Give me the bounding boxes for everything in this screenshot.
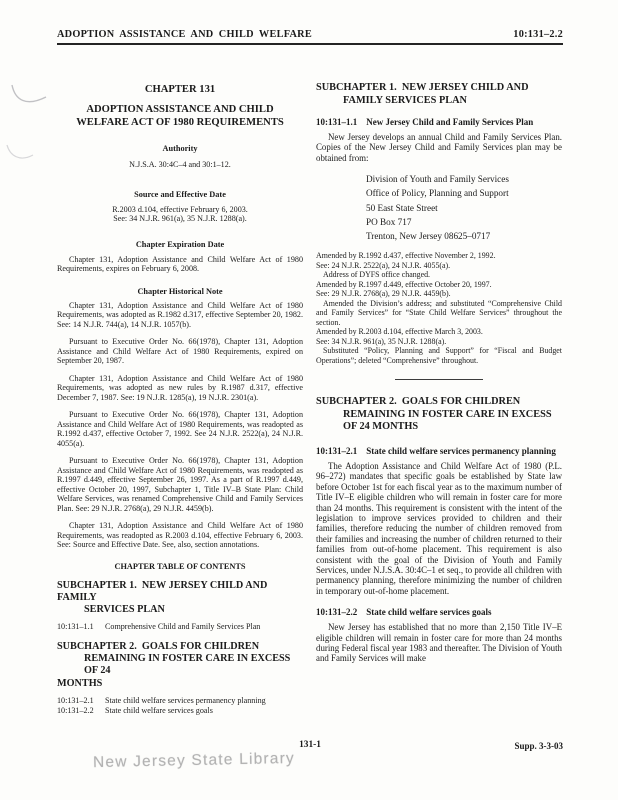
subchapter-2-heading: SUBCHAPTER 2. GOALS FOR CHILDREN REMAINI… [316,396,562,434]
address-block: Division of Youth and Family Services Of… [316,172,562,243]
historical-paragraph: Chapter 131, Adoption Assistance and Chi… [57,301,303,330]
subchapter-1-heading: SUBCHAPTER 1. NEW JERSEY CHILD AND FAMIL… [316,82,562,107]
two-column-body: CHAPTER 131 ADOPTION ASSISTANCE AND CHIL… [57,80,563,716]
header-rule [57,43,563,45]
toc-entry-number: 10:131–2.2 [57,706,105,716]
margin-pen-mark [3,139,37,169]
toc-heading: CHAPTER TABLE OF CONTENTS [57,562,303,571]
section-number: 10:131–1.1 [316,117,357,127]
section-heading-2-1: 10:131–2.1State child welfare services p… [316,446,562,457]
source-line: See: 34 N.J.R. 961(a), 35 N.J.R. 1288(a)… [57,214,303,224]
historical-paragraph: Chapter 131, Adoption Assistance and Chi… [57,521,303,550]
margin-pen-mark [6,76,50,116]
left-column: CHAPTER 131 ADOPTION ASSISTANCE AND CHIL… [57,80,303,716]
footer-supplement-date: Supp. 3-3-03 [514,741,563,751]
toc-entry: 10:131–1.1 Comprehensive Child and Famil… [57,622,303,632]
header-section-ref: 10:131–2.2 [513,29,563,40]
authority-citation: N.J.S.A. 30:4C–4 and 30:1–12. [57,160,303,170]
historical-paragraph: Pursuant to Executive Order No. 66(1978)… [57,337,303,366]
toc-entries: 10:131–2.1 State child welfare services … [57,696,303,716]
page-footer: 131-1 Supp. 3-3-03 [57,740,563,754]
section-divider [395,379,483,380]
library-stamp: New Jersey State Library [93,750,295,772]
body-paragraph: New Jersey has established that no more … [316,622,562,664]
section-heading-2-2: 10:131–2.2State child welfare services g… [316,607,562,618]
toc-entry-title: State child welfare services permanency … [105,696,266,706]
annotation-block: Amended by R.1992 d.437, effective Novem… [316,251,562,365]
authority-heading: Authority [57,144,303,153]
heading-line: SUBCHAPTER 2. GOALS FOR CHILDREN [57,641,303,653]
toc-subchapter-2-heading: SUBCHAPTER 2. GOALS FOR CHILDREN REMAINI… [57,641,303,690]
expiration-heading: Chapter Expiration Date [57,240,303,249]
heading-line: REMAINING IN FOSTER CARE IN EXCESS OF 24 [57,653,303,677]
expiration-text: Chapter 131, Adoption Assistance and Chi… [57,255,303,274]
address-line: Division of Youth and Family Services [366,172,562,186]
annotation-line: See: 34 N.J.R. 961(a), 35 N.J.R. 1288(a)… [316,337,562,347]
heading-line: SUBCHAPTER 2. GOALS FOR CHILDREN [316,396,562,409]
section-heading-1-1: 10:131–1.1New Jersey Child and Family Se… [316,117,562,128]
address-line: 50 East State Street [366,201,562,215]
body-paragraph: The Adoption Assistance and Child Welfar… [316,461,562,596]
toc-entry-title: State child welfare services goals [105,706,213,716]
source-line: R.2003 d.104, effective February 6, 2003… [57,205,303,215]
section-number: 10:131–2.2 [316,607,357,617]
annotation-line: Amended by R.2003 d.104, effective March… [316,327,562,337]
heading-line: OF 24 MONTHS [316,421,562,434]
toc-entry-number: 10:131–1.1 [57,622,105,632]
heading-line: REMAINING IN FOSTER CARE IN EXCESS [316,409,562,422]
annotation-line: Address of DYFS office changed. [316,270,562,280]
right-column: SUBCHAPTER 1. NEW JERSEY CHILD AND FAMIL… [316,80,562,716]
address-line: PO Box 717 [366,215,562,229]
annotation-line: See: 24 N.J.R. 2522(a), 24 N.J.R. 4055(a… [316,261,562,271]
section-title: State child welfare services permanency … [366,446,556,456]
section-number: 10:131–2.1 [316,446,357,456]
heading-line: FAMILY SERVICES PLAN [316,95,562,108]
toc-subchapter-1-heading: SUBCHAPTER 1. NEW JERSEY CHILD AND FAMIL… [57,580,303,617]
heading-line: SUBCHAPTER 1. NEW JERSEY CHILD AND [316,82,562,95]
toc-entry-number: 10:131–2.1 [57,696,105,706]
toc-entry-title: Comprehensive Child and Family Services … [105,622,260,632]
chapter-title: ADOPTION ASSISTANCE AND CHILD WELFARE AC… [63,103,297,129]
heading-line: SUBCHAPTER 1. NEW JERSEY CHILD AND FAMIL… [57,580,303,604]
chapter-number: CHAPTER 131 [57,84,303,95]
heading-line: MONTHS [57,678,303,690]
address-line: Office of Policy, Planning and Support [366,186,562,200]
annotation-line: See: 29 N.J.R. 2768(a), 29 N.J.R. 4459(b… [316,289,562,299]
annotation-line: Amended the Division’s address; and subs… [316,299,562,328]
annotation-line: Substituted “Policy, Planning and Suppor… [316,346,562,365]
historical-paragraph: Chapter 131, Adoption Assistance and Chi… [57,374,303,403]
heading-line: SERVICES PLAN [57,604,303,616]
toc-entry: 10:131–2.2 State child welfare services … [57,706,303,716]
running-header: ADOPTION ASSISTANCE AND CHILD WELFARE 10… [57,29,563,45]
address-line: Trenton, New Jersey 08625–0717 [366,229,562,243]
source-lines: R.2003 d.104, effective February 6, 2003… [57,205,303,224]
section-title: State child welfare services goals [366,607,491,617]
annotation-line: Amended by R.1992 d.437, effective Novem… [316,251,562,261]
section-title: New Jersey Child and Family Services Pla… [366,117,533,127]
body-paragraph: New Jersey develops an annual Child and … [316,132,562,163]
scanned-document-page: ADOPTION ASSISTANCE AND CHILD WELFARE 10… [0,0,618,800]
header-title: ADOPTION ASSISTANCE AND CHILD WELFARE [57,29,312,40]
historical-paragraph: Pursuant to Executive Order No. 66(1978)… [57,456,303,513]
footer-page-number: 131-1 [57,740,563,750]
historical-paragraph: Pursuant to Executive Order No. 66(1978)… [57,410,303,448]
toc-entry: 10:131–2.1 State child welfare services … [57,696,303,706]
historical-note-heading: Chapter Historical Note [57,287,303,296]
source-heading: Source and Effective Date [57,190,303,199]
annotation-line: Amended by R.1997 d.449, effective Octob… [316,280,562,290]
